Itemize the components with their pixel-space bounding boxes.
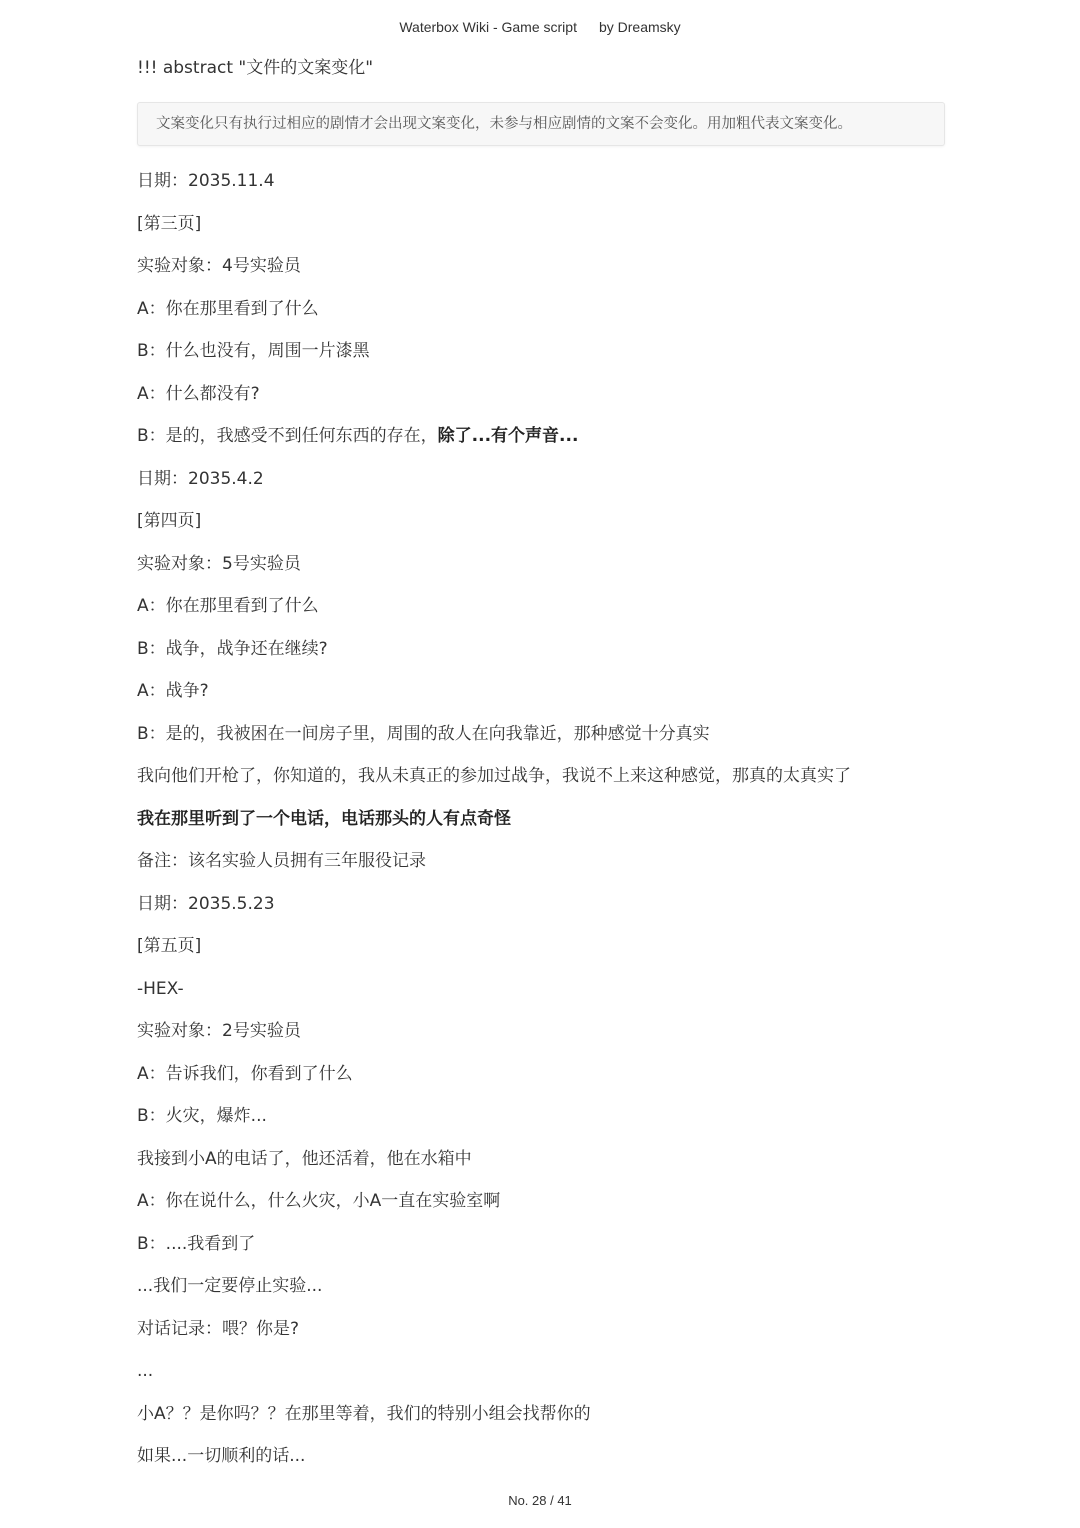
script-line: 实验对象：5号实验员 <box>137 551 945 594</box>
document-title: Waterbox Wiki - Game script <box>399 19 577 35</box>
script-line: [第五页] <box>137 933 945 976</box>
abstract-note-box: 文案变化只有执行过相应的剧情才会出现文案变化，未参与相应剧情的文案不会变化。用加… <box>137 102 945 146</box>
line-text: 实验对象：4号实验员 <box>137 256 301 276</box>
document-author: by Dreamsky <box>599 19 681 35</box>
script-line: 如果...一切顺利的话... <box>137 1443 945 1486</box>
script-line: 小A？？是你吗？？在那里等着，我们的特别小组会找帮你的 <box>137 1401 945 1444</box>
line-text: 我向他们开枪了，你知道的，我从未真正的参加过战争，我说不上来这种感觉，那真的太真… <box>137 766 851 786</box>
script-line: A：什么都没有? <box>137 381 945 424</box>
script-line: 备注：该名实验人员拥有三年服役记录 <box>137 848 945 891</box>
script-line: B：战争，战争还在继续? <box>137 636 945 679</box>
script-line: A：你在那里看到了什么 <box>137 593 945 636</box>
script-line: 日期：2035.11.4 <box>137 168 945 211</box>
line-text: A：告诉我们，你看到了什么 <box>137 1064 353 1084</box>
abstract-heading: !!! abstract "文件的文案变化" <box>137 55 945 81</box>
line-text: B：战争，战争还在继续? <box>137 639 328 659</box>
line-text: 小A？？是你吗？？在那里等着，我们的特别小组会找帮你的 <box>137 1404 591 1424</box>
line-text: A：战争? <box>137 681 209 701</box>
page-header: Waterbox Wiki - Game scriptby Dreamsky <box>0 19 1080 35</box>
script-line: ...我们一定要停止实验... <box>137 1273 945 1316</box>
line-text: B：是的，我感受不到任何东西的存在， <box>137 426 438 446</box>
script-line: 实验对象：2号实验员 <box>137 1018 945 1061</box>
changed-text-bold: 我在那里听到了一个电话，电话那头的人有点奇怪 <box>137 809 511 829</box>
line-text: 对话记录：喂？你是? <box>137 1319 299 1339</box>
script-line: A：你在那里看到了什么 <box>137 296 945 339</box>
line-text: 备注：该名实验人员拥有三年服役记录 <box>137 851 426 871</box>
script-line: B：是的，我感受不到任何东西的存在，除了...有个声音... <box>137 423 945 466</box>
script-line: [第三页] <box>137 211 945 254</box>
script-line: B：....我看到了 <box>137 1231 945 1274</box>
script-line: ... <box>137 1358 945 1401</box>
document-body: !!! abstract "文件的文案变化" 文案变化只有执行过相应的剧情才会出… <box>137 55 945 1486</box>
script-line: A：战争? <box>137 678 945 721</box>
script-line: 日期：2035.4.2 <box>137 466 945 509</box>
line-text: ...我们一定要停止实验... <box>137 1276 322 1296</box>
script-line: B：什么也没有，周围一片漆黑 <box>137 338 945 381</box>
line-text: 如果...一切顺利的话... <box>137 1446 305 1466</box>
script-line: 我接到小A的电话了，他还活着，他在水箱中 <box>137 1146 945 1189</box>
script-line: B：是的，我被困在一间房子里，周围的敌人在向我靠近，那种感觉十分真实 <box>137 721 945 764</box>
line-text: -HEX- <box>137 979 184 999</box>
line-text: B：什么也没有，周围一片漆黑 <box>137 341 370 361</box>
line-text: [第四页] <box>137 511 201 531</box>
script-line: -HEX- <box>137 976 945 1019</box>
line-text: 实验对象：2号实验员 <box>137 1021 301 1041</box>
script-line: A：你在说什么，什么火灾，小A一直在实验室啊 <box>137 1188 945 1231</box>
script-lines: 日期：2035.11.4[第三页]实验对象：4号实验员A：你在那里看到了什么B：… <box>137 168 945 1486</box>
line-text: ... <box>137 1361 153 1381</box>
line-text: 实验对象：5号实验员 <box>137 554 301 574</box>
script-line: 日期：2035.5.23 <box>137 891 945 934</box>
script-line: [第四页] <box>137 508 945 551</box>
line-text: 我接到小A的电话了，他还活着，他在水箱中 <box>137 1149 472 1169</box>
line-text: A：你在那里看到了什么 <box>137 299 319 319</box>
line-text: 日期：2035.4.2 <box>137 469 264 489</box>
line-text: B：火灾，爆炸... <box>137 1106 267 1126</box>
script-line: 对话记录：喂？你是? <box>137 1316 945 1359</box>
line-text: [第五页] <box>137 936 201 956</box>
script-line: 我向他们开枪了，你知道的，我从未真正的参加过战争，我说不上来这种感觉，那真的太真… <box>137 763 945 806</box>
changed-text-bold: 除了...有个声音... <box>438 426 579 446</box>
line-text: B：....我看到了 <box>137 1234 255 1254</box>
abstract-note-text: 文案变化只有执行过相应的剧情才会出现文案变化，未参与相应剧情的文案不会变化。用加… <box>156 116 852 132</box>
line-text: A：你在说什么，什么火灾，小A一直在实验室啊 <box>137 1191 500 1211</box>
script-line: 我在那里听到了一个电话，电话那头的人有点奇怪 <box>137 806 945 849</box>
line-text: [第三页] <box>137 214 201 234</box>
script-line: B：火灾，爆炸... <box>137 1103 945 1146</box>
page-number: No. 28 / 41 <box>0 1493 1080 1508</box>
line-text: B：是的，我被困在一间房子里，周围的敌人在向我靠近，那种感觉十分真实 <box>137 724 710 744</box>
script-line: 实验对象：4号实验员 <box>137 253 945 296</box>
line-text: 日期：2035.11.4 <box>137 171 275 191</box>
script-line: A：告诉我们，你看到了什么 <box>137 1061 945 1104</box>
line-text: A：什么都没有? <box>137 384 260 404</box>
line-text: A：你在那里看到了什么 <box>137 596 319 616</box>
line-text: 日期：2035.5.23 <box>137 894 275 914</box>
